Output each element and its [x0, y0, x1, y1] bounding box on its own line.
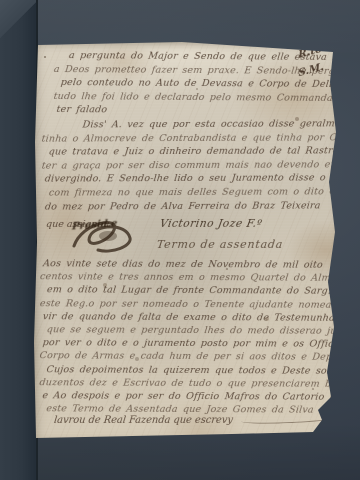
paragraph-1: a pergunta do Major e Sendo de que elle … — [56, 49, 332, 119]
handwritten-line: a pergunta do Major e Sendo de que elle … — [56, 49, 334, 65]
paragraph-3: Aos vinte sete dias do mez de Novembro d… — [42, 257, 331, 417]
handwritten-line: Corpo de Armas e cada hum de per si aos … — [39, 350, 331, 365]
handwritten-line: Diss' A. vez que por esta occasiao disse… — [44, 117, 333, 132]
book-gutter-shadow — [0, 0, 38, 480]
handwritten-line: que tratava e Juiz o dinheiro demandado … — [48, 145, 333, 160]
handwritten-line: com firmeza no que mais delles Seguem co… — [48, 185, 333, 200]
handwritten-line: divergindo. E Sendo-lhe lido o seu Juram… — [44, 172, 333, 187]
handwritten-line: em o dito tal Lugar de fronte Commandant… — [46, 284, 331, 299]
signature: Victorino Joze F.º — [159, 218, 263, 230]
background-fold — [0, 0, 36, 44]
handwritten-line: este Reg.o por ser nomeado o Tenente aju… — [39, 297, 331, 312]
manuscript-photo: R.to S.M. a pergunta do Major e Sendo de… — [0, 0, 360, 480]
heading-termo-de-assentada: Termo de assentada — [131, 238, 308, 251]
handwritten-line: Cujos depoimentos la quizerem que todos … — [46, 363, 331, 378]
paper-sheet: R.to S.M. a pergunta do Major e Sendo de… — [32, 42, 338, 442]
pen-flourish — [241, 412, 345, 425]
paragraph-2: Diss' A. vez que por esta occasiao disse… — [44, 117, 332, 213]
final-line-row: lavrou de Real Fazenda que escrevy — [54, 414, 345, 426]
ink-specks — [44, 56, 46, 58]
final-line: lavrou de Real Fazenda que escrevy — [53, 415, 233, 426]
